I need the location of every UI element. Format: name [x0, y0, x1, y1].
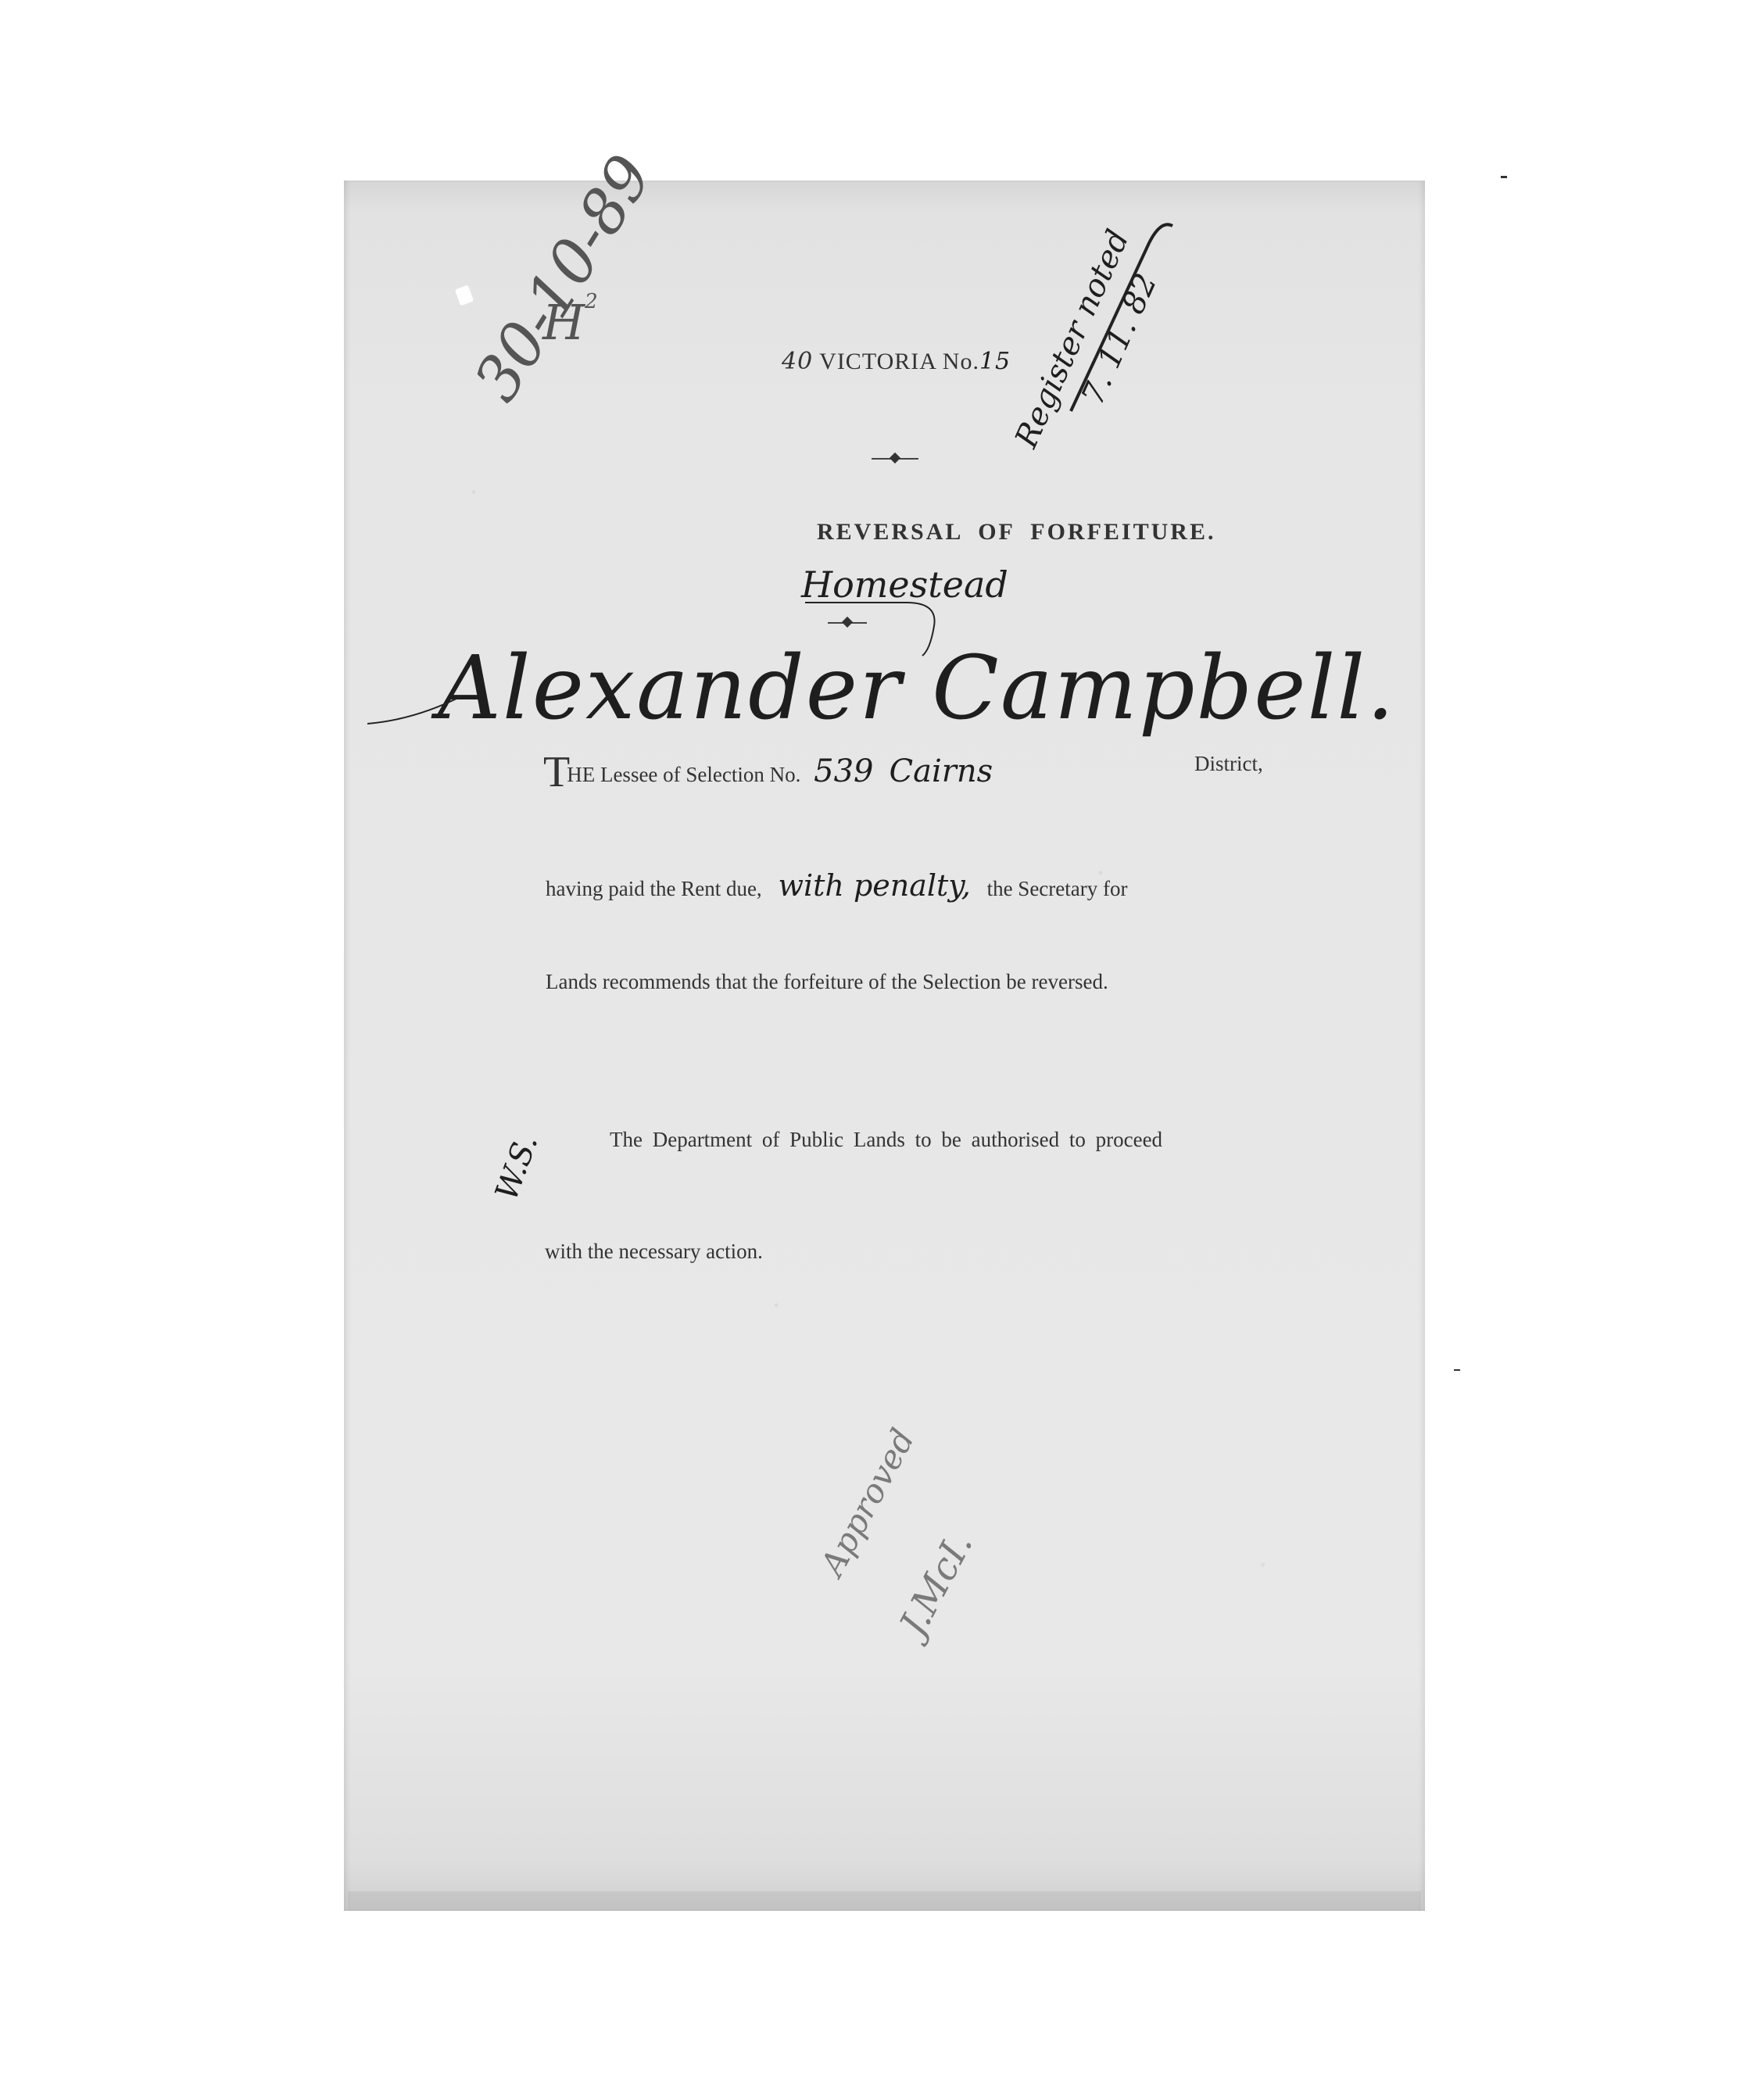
lessee-name: Alexander Campbell.: [438, 638, 1396, 739]
body-line-3: Lands recommends that the forfeiture of …: [546, 970, 1108, 994]
selection-number: 539: [814, 753, 873, 789]
scan-speck: [1501, 176, 1507, 178]
body-line-2: having paid the Rent due, with penalty, …: [546, 868, 1127, 903]
penalty-note: with penalty,: [778, 868, 970, 903]
form-title: REVERSAL OF FORFEITURE.: [817, 519, 1215, 546]
district-label: District,: [1194, 752, 1263, 776]
body-line-1: THE Lessee of Selection No. 539Cairns: [543, 747, 1001, 797]
page-bottom-shadow: [348, 1891, 1421, 1911]
pencil-initials: J.McI.: [891, 1525, 982, 1643]
session-number: 40: [782, 348, 813, 375]
district-name: Cairns: [890, 753, 993, 789]
punch-hole: [455, 285, 474, 306]
scan-speck: [1454, 1369, 1460, 1371]
body-line-4: The Department of Public Lands to be aut…: [610, 1128, 1162, 1152]
act-label: VICTORIA No.: [819, 349, 979, 374]
act-reference: 40 VICTORIA No.15: [782, 348, 1011, 375]
ornament-divider: [872, 458, 918, 460]
margin-initials: W.S.: [489, 1130, 545, 1205]
ornament-divider: [828, 622, 867, 624]
register-flourish-icon: [1063, 212, 1180, 415]
act-number: 15: [979, 348, 1011, 375]
date-annotation: 30-10-89: [461, 144, 666, 413]
body-line-5: with the necessary action.: [545, 1240, 763, 1264]
line2-suffix: the Secretary for: [987, 877, 1128, 900]
line1-prefix: HE Lessee of Selection No.: [567, 763, 800, 786]
document-page: H2 30-10-89 40 VICTORIA No.15 Register n…: [344, 181, 1425, 1911]
pencil-approval: Approved: [813, 1422, 922, 1582]
line2-prefix: having paid the Rent due,: [546, 877, 762, 900]
